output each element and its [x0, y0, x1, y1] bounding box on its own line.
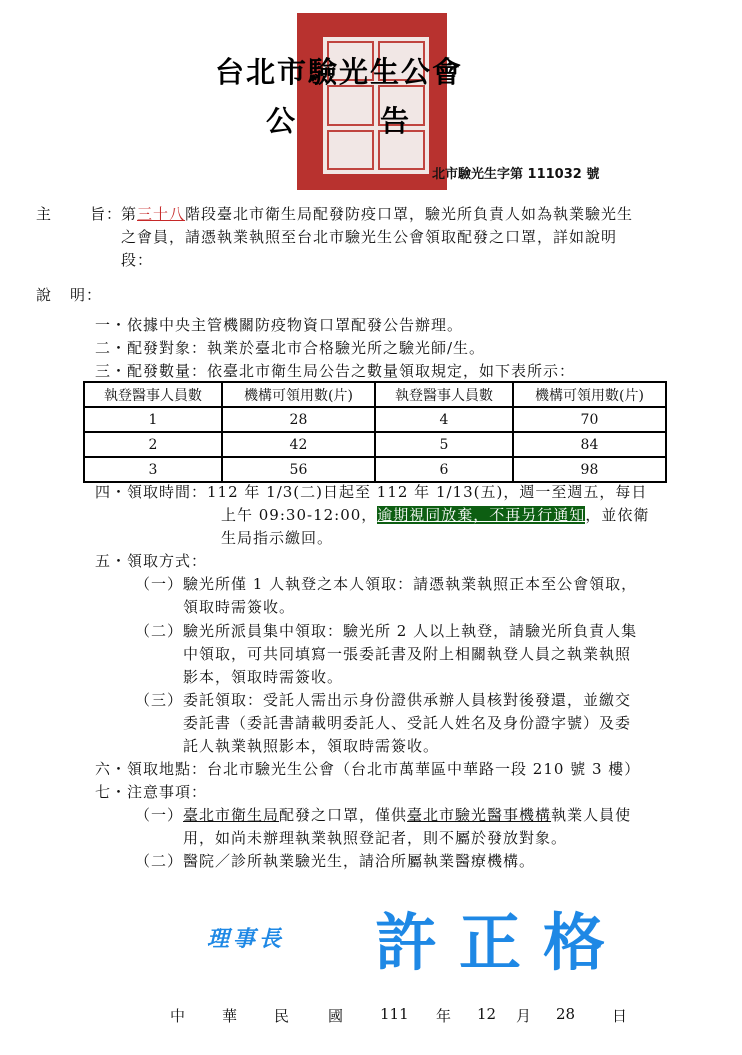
table-cell: 6	[375, 457, 513, 482]
table-header: 執登醫事人員數	[84, 382, 222, 407]
item-4-line-2: 上午 09:30-12:00，逾期視同放棄，不再另行通知，並依衛	[221, 504, 649, 526]
table-cell: 42	[222, 432, 375, 457]
notice-char-1: 公	[266, 99, 295, 140]
item-7-sub1-line1: （一）臺北市衛生局配發之口罩，僅供臺北市驗光醫事機構執業人員使	[135, 804, 631, 826]
subject-line-1: 第三十八階段臺北市衛生局配發防疫口罩，驗光所負責人如為執業驗光生	[121, 203, 633, 225]
table-cell: 5	[375, 432, 513, 457]
date-day-label: 日	[612, 1005, 627, 1026]
date-year: 111	[380, 1005, 409, 1023]
subject-line-2: 之會員，請憑執業執照至台北市驗光生公會領取配發之口罩，詳如說明	[121, 226, 617, 248]
item-5-sub3-line2: 委託書（委託書請載明委託人、受託人姓名及身份證字號）及委	[183, 712, 631, 734]
date-char: 民	[274, 1005, 289, 1026]
table-cell: 70	[513, 407, 666, 432]
item-5-sub1-line2: 領取時需簽收。	[183, 596, 295, 618]
date-char: 中	[170, 1005, 185, 1026]
table-cell: 3	[84, 457, 222, 482]
item-5-title: 五・領取方式：	[95, 550, 207, 572]
date-char: 華	[222, 1005, 237, 1026]
item-7-title: 七・注意事項：	[95, 781, 207, 803]
table-cell: 56	[222, 457, 375, 482]
table-cell: 98	[513, 457, 666, 482]
subject-label-2: 旨：	[90, 203, 122, 225]
table-cell: 2	[84, 432, 222, 457]
chairman-title: 理事長	[207, 922, 285, 953]
table-cell: 4	[375, 407, 513, 432]
item-5-sub3-line3: 託人執業執照影本，領取時需簽收。	[183, 735, 439, 757]
explanation-label-1: 說	[36, 284, 52, 306]
table-header: 機構可領用數(片)	[222, 382, 375, 407]
notice-char-2: 告	[380, 99, 409, 140]
table-header: 機構可領用數(片)	[513, 382, 666, 407]
item-5-sub1-line1: （一）驗光所僅 1 人執登之本人領取：請憑執業執照正本至公會領取，	[135, 573, 637, 595]
stage-number: 三十八	[137, 205, 185, 223]
table-cell: 28	[222, 407, 375, 432]
subject-label-1: 主	[36, 203, 52, 225]
explanation-label-2: 明：	[70, 284, 102, 306]
table-row: 3 56 6 98	[84, 457, 666, 482]
item-2: 二・配發對象：執業於臺北市合格驗光所之驗光師/生。	[95, 337, 485, 359]
item-4-line-3: 生局指示繳回。	[221, 527, 333, 549]
item-5-sub2-line1: （二）驗光所派員集中領取：驗光所 2 人以上執登，請驗光所負責人集	[135, 620, 637, 642]
item-5-sub2-line3: 影本，領取時需簽收。	[183, 666, 343, 688]
item-5-sub3-line1: （三）委託領取：受託人需出示身份證供承辦人員核對後發還，並繳交	[135, 689, 631, 711]
mask-quantity-table: 執登醫事人員數 機構可領用數(片) 執登醫事人員數 機構可領用數(片) 1 28…	[83, 381, 667, 483]
item-5-sub2-line2: 中領取，可共同填寫一張委託書及附上相關執登人員之執業執照	[183, 643, 631, 665]
item-3: 三・配發數量：依臺北市衛生局公告之數量領取規定，如下表所示：	[95, 360, 575, 382]
table-row: 1 28 4 70	[84, 407, 666, 432]
table-row: 2 42 5 84	[84, 432, 666, 457]
seal-stamp	[297, 13, 447, 190]
item-7-sub2: （二）醫院／診所執業驗光生，請洽所屬執業醫療機構。	[135, 850, 535, 872]
date-day: 28	[556, 1005, 575, 1023]
table-cell: 1	[84, 407, 222, 432]
item-6: 六・領取地點：台北市驗光生公會（台北市萬華區中華路一段 210 號 3 樓）	[95, 758, 640, 780]
table-cell: 84	[513, 432, 666, 457]
deadline-warning-highlight: 逾期視同放棄，不再另行通知	[377, 506, 585, 524]
chairman-signature: 許正格	[375, 893, 627, 982]
date-year-label: 年	[436, 1005, 451, 1026]
item-1: 一・依據中央主管機關防疫物資口罩配發公告辦理。	[95, 314, 463, 336]
date-month: 12	[477, 1005, 496, 1023]
subject-line-3: 段：	[121, 249, 153, 271]
table-header-row: 執登醫事人員數 機構可領用數(片) 執登醫事人員數 機構可領用數(片)	[84, 382, 666, 407]
item-7-sub1-line2: 用，如尚未辦理執業執照登記者，則不屬於發放對象。	[183, 827, 567, 849]
org-title: 台北市驗光生公會	[215, 50, 463, 91]
item-4-line-1: 四・領取時間：112 年 1/3(二)日起至 112 年 1/13(五)，週一至…	[95, 481, 647, 503]
date-char: 國	[328, 1005, 343, 1026]
table-header: 執登醫事人員數	[375, 382, 513, 407]
doc-number: 北市驗光生字第 111032 號	[432, 163, 599, 182]
date-month-label: 月	[516, 1005, 531, 1026]
